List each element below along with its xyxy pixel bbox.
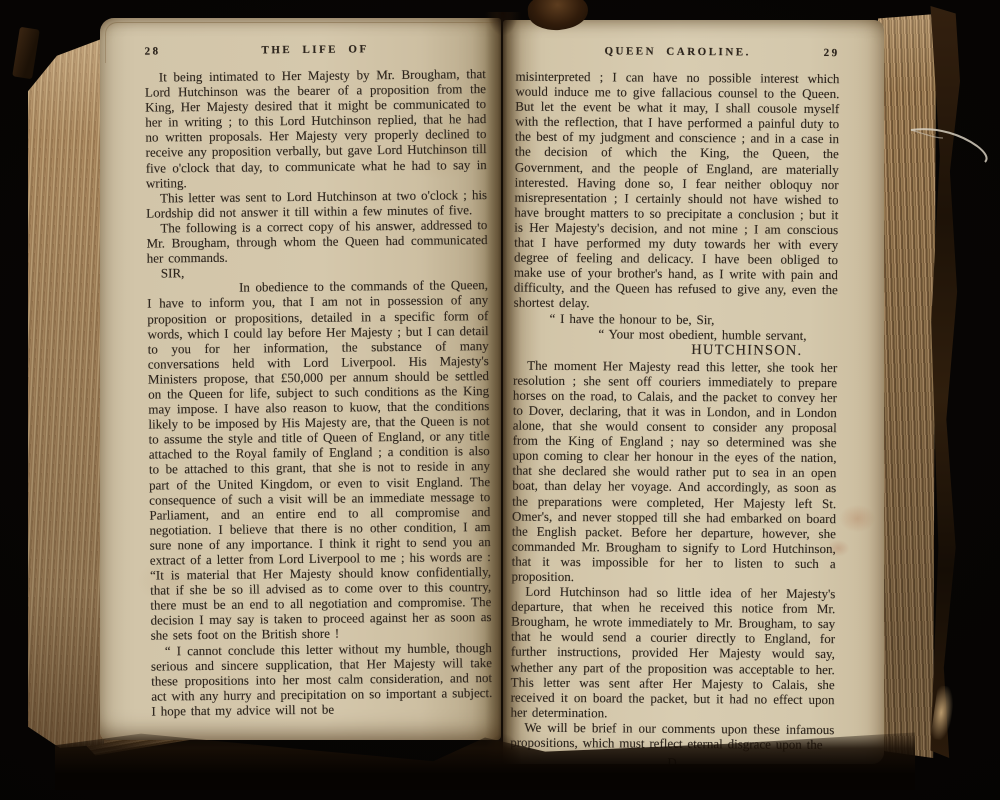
left-page: 28 THE LIFE OF It being intimated to Her… bbox=[100, 18, 501, 740]
paragraph-continuation: misinterpreted ; I can have no possible … bbox=[514, 69, 840, 313]
paragraph-indent: This letter was sent to Lord Hutchinson … bbox=[146, 187, 487, 221]
paragraph-letter-open: In obedience to the commands of the Quee… bbox=[147, 277, 492, 643]
left-fore-edge-pages bbox=[28, 38, 104, 748]
paragraph-indent: The moment Her Majesty read this letter,… bbox=[511, 357, 837, 586]
page-number-left: 28 bbox=[145, 45, 187, 57]
loose-thread bbox=[905, 116, 1000, 176]
paragraph-indent: “ I cannot conclude this letter without … bbox=[151, 640, 493, 719]
right-page: QUEEN CAROLINE. 29 misinterpreted ; I ca… bbox=[503, 20, 884, 764]
running-header-right: QUEEN CAROLINE. 29 bbox=[516, 45, 840, 60]
paragraph-close-1: “ I have the honour to be, Sir, bbox=[514, 310, 838, 328]
photo-background: 28 THE LIFE OF It being intimated to Her… bbox=[0, 0, 1000, 800]
left-page-text: It being intimated to Her Majesty by Mr.… bbox=[145, 66, 493, 719]
paragraph-indent: Lord Hutchinson had so little idea of he… bbox=[510, 584, 835, 722]
open-book: 28 THE LIFE OF It being intimated to Her… bbox=[0, 0, 1000, 800]
paragraph-indent: It being intimated to Her Majesty by Mr.… bbox=[145, 66, 487, 190]
running-title-right: QUEEN CAROLINE. bbox=[558, 45, 798, 59]
right-page-text: misinterpreted ; I can have no possible … bbox=[510, 69, 839, 753]
page-number-right: 29 bbox=[798, 47, 840, 59]
cover-board-corner bbox=[12, 27, 40, 80]
running-title-left: THE LIFE OF bbox=[186, 42, 443, 57]
book-gutter bbox=[485, 12, 521, 764]
running-header-left: 28 THE LIFE OF bbox=[145, 42, 486, 58]
paragraph-indent: The following is a correct copy of his a… bbox=[146, 217, 487, 266]
